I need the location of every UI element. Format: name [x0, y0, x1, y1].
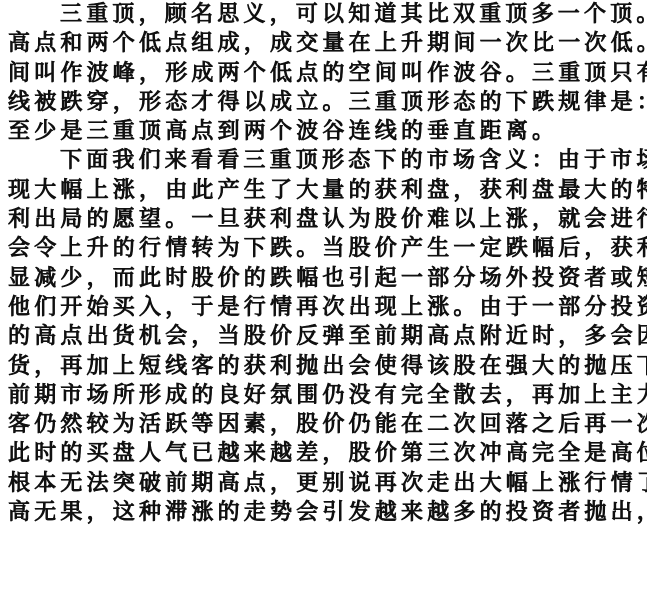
text-line: 间叫作波峰，形成两个低点的空间叫作波谷。三重顶只有两个波谷的支撑连: [8, 59, 642, 88]
text-line: 会令上升的行情转为下跌。当股价产生一定跌幅后，获利盘抛售的愿望会明: [8, 234, 642, 263]
text-line: 前期市场所形成的良好氛围仍没有完全散去，再加上主力出货数量少、短线: [8, 381, 642, 410]
text-line: 显减少，而此时股价的跌幅也引起一部分场外投资者或短线投机客的关注，: [8, 264, 642, 293]
paragraph-2: 下面我们来看看三重顶形态下的市场含义：由于市场整体或个股前期出 现大幅上涨，由此…: [8, 146, 642, 527]
paragraph-1: 三重顶，顾名思义，可以知道其比双重顶多一个顶。该形态一般由三个 高点和两个低点组…: [8, 0, 642, 146]
text-line: 高无果，这种滞涨的走势会引发越来越多的投资者抛出，当个股在卖盘数量: [8, 498, 642, 527]
document-page: 三重顶，顾名思义，可以知道其比双重顶多一个顶。该形态一般由三个 高点和两个低点组…: [8, 0, 642, 527]
text-line: 高点和两个低点组成，成交量在上升期间一次比一次低。形成三个高点的空: [8, 29, 642, 58]
text-line: 货，再加上短线客的获利抛出会使得该股在强大的抛压下再次下跌。但由于: [8, 352, 642, 381]
text-line: 客仍然较为活跃等因素，股价仍能在二次回落之后再一次出现上涨走势。但: [8, 410, 642, 439]
text-line: 下面我们来看看三重顶形态下的市场含义：由于市场整体或个股前期出: [8, 146, 642, 175]
text-line: 利出局的愿望。一旦获利盘认为股价难以上涨，就会进行抛售，大量的抛售: [8, 205, 642, 234]
text-line: 三重顶，顾名思义，可以知道其比双重顶多一个顶。该形态一般由三个: [8, 0, 642, 29]
text-line: 的高点出货机会，当股价反弹至前期高点附近时，多会因信心不足而选择出: [8, 322, 642, 351]
text-line: 此时的买盘人气已越来越差，股价第三次冲高完全是高位区的一种“挣扎”，: [8, 439, 642, 468]
text-line: 线被跌穿，形态才得以成立。三重顶形态的下跌规律是：颈线以下的跌幅，: [8, 88, 642, 117]
text-line: 他们开始买入，于是行情再次出现上涨。由于一部分投资者因错过了第一次: [8, 293, 642, 322]
text-line: 根本无法突破前期高点，更别说再次走出大幅上涨行情了，因而个股三次冲: [8, 469, 642, 498]
text-line: 至少是三重顶高点到两个波谷连线的垂直距离。: [8, 117, 642, 146]
text-line: 现大幅上涨，由此产生了大量的获利盘，获利盘最大的特点就是随时都有获: [8, 176, 642, 205]
